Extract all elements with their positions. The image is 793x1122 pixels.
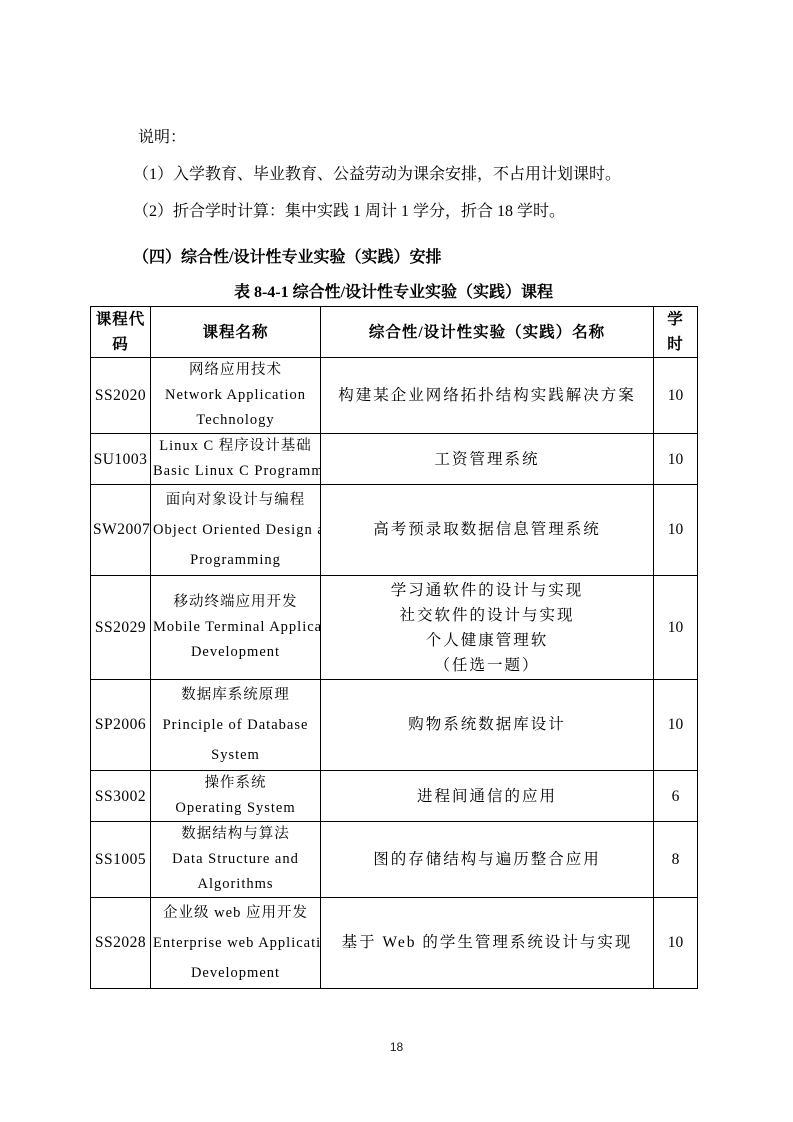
section-heading: （四）综合性/设计性专业实验（实践）安排: [133, 246, 697, 269]
document-page: { "notes": { "title": "说明：", "items": [ …: [0, 0, 793, 1122]
table-header-row: 课程代 码 课程名称 综合性/设计性实验（实践）名称 学 时: [91, 307, 698, 358]
header-hours: 学 时: [654, 307, 698, 358]
hours-cell: 10: [654, 485, 698, 576]
hours-cell: 10: [654, 358, 698, 434]
course-table: 课程代 码 课程名称 综合性/设计性实验（实践）名称 学 时 SS2020 网络…: [90, 306, 698, 989]
table-row: SS2029 移动终端应用开发 Mobile Terminal Applicat…: [91, 576, 698, 680]
course-name-cell: 操作系统 Operating System: [151, 771, 321, 822]
hours-cell: 10: [654, 576, 698, 680]
page-number: 18: [0, 1040, 793, 1054]
hours-cell: 6: [654, 771, 698, 822]
course-name-cell: 企业级 web 应用开发 Enterprise web Application …: [151, 898, 321, 989]
course-code-cell: SU1003: [91, 434, 151, 485]
hours-cell: 8: [654, 822, 698, 898]
header-course-name: 课程名称: [151, 307, 321, 358]
page-content: 说明： （1）入学教育、毕业教育、公益劳动为课余安排，不占用计划课时。 （2）折…: [90, 126, 697, 989]
table-row: SS2020 网络应用技术 Network Application Techno…: [91, 358, 698, 434]
course-code-cell: SS1005: [91, 822, 151, 898]
experiment-name-cell: 学习通软件的设计与实现 社交软件的设计与实现 个人健康管理软 （任选一题）: [321, 576, 654, 680]
table-row: SS3002 操作系统 Operating System 进程间通信的应用 6: [91, 771, 698, 822]
note-item-1: （1）入学教育、毕业教育、公益劳动为课余安排，不占用计划课时。: [133, 163, 697, 186]
course-name-cell: 移动终端应用开发 Mobile Terminal Application Dev…: [151, 576, 321, 680]
experiment-name-cell: 高考预录取数据信息管理系统: [321, 485, 654, 576]
course-name-cell: 数据库系统原理 Principle of Database System: [151, 680, 321, 771]
experiment-name-cell: 工资管理系统: [321, 434, 654, 485]
experiment-name-cell: 购物系统数据库设计: [321, 680, 654, 771]
table-row: SU1003 Linux C 程序设计基础 Basic Linux C Prog…: [91, 434, 698, 485]
course-code-cell: SS2028: [91, 898, 151, 989]
experiment-name-cell: 图的存储结构与遍历整合应用: [321, 822, 654, 898]
experiment-name-cell: 进程间通信的应用: [321, 771, 654, 822]
course-code-cell: SP2006: [91, 680, 151, 771]
course-name-cell: 面向对象设计与编程 Object Oriented Design and Pro…: [151, 485, 321, 576]
experiment-name-cell: 基于 Web 的学生管理系统设计与实现: [321, 898, 654, 989]
table-row: SS1005 数据结构与算法 Data Structure and Algori…: [91, 822, 698, 898]
hours-cell: 10: [654, 898, 698, 989]
hours-cell: 10: [654, 434, 698, 485]
course-code-cell: SW2007: [91, 485, 151, 576]
experiment-name-cell: 构建某企业网络拓扑结构实践解决方案: [321, 358, 654, 434]
course-code-cell: SS2029: [91, 576, 151, 680]
hours-cell: 10: [654, 680, 698, 771]
table-row: SW2007 面向对象设计与编程 Object Oriented Design …: [91, 485, 698, 576]
header-experiment-name: 综合性/设计性实验（实践）名称: [321, 307, 654, 358]
course-name-cell: 网络应用技术 Network Application Technology: [151, 358, 321, 434]
course-code-cell: SS2020: [91, 358, 151, 434]
note-item-2: （2）折合学时计算：集中实践 1 周计 1 学分，折合 18 学时。: [133, 200, 697, 223]
course-name-cell: 数据结构与算法 Data Structure and Algorithms: [151, 822, 321, 898]
course-code-cell: SS3002: [91, 771, 151, 822]
table-row: SS2028 企业级 web 应用开发 Enterprise web Appli…: [91, 898, 698, 989]
header-course-code: 课程代 码: [91, 307, 151, 358]
table-row: SP2006 数据库系统原理 Principle of Database Sys…: [91, 680, 698, 771]
table-caption: 表 8-4-1 综合性/设计性专业实验（实践）课程: [90, 281, 697, 304]
notes-title: 说明：: [138, 126, 697, 149]
course-name-cell: Linux C 程序设计基础 Basic Linux C Programming: [151, 434, 321, 485]
